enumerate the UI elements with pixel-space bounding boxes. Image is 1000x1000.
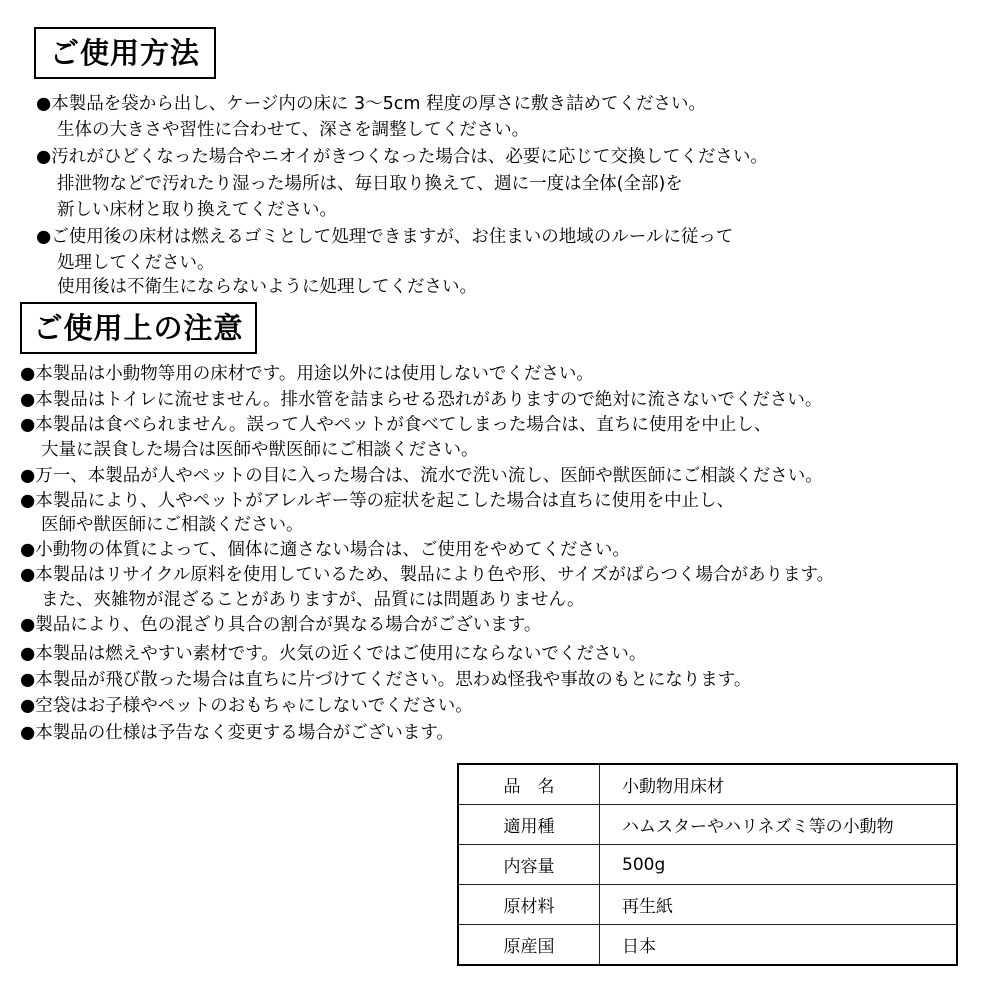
caution-line: ●本製品はトイレに流せません。排水管を詰まらせる恐れがありますので絶対に流さない… [20,389,822,411]
spec-table: 品 名 小動物用床材 適用種 ハムスターやハリネズミ等の小動物 内容量 500g… [457,763,958,966]
caution-heading-text: ご使用上の注意 [33,314,243,343]
spec-row-product-name: 品 名 小動物用床材 [458,764,957,805]
usage-line: ●汚れがひどくなった場合やニオイがきつくなった場合は、必要に応じて交換してくださ… [36,146,768,168]
usage-line: ●本製品を袋から出し、ケージ内の床に 3〜5cm 程度の厚さに敷き詰めてください… [36,93,706,115]
spec-label: 原産国 [458,925,600,966]
caution-heading: ご使用上の注意 [20,302,257,354]
spec-value: 小動物用床材 [600,764,958,805]
spec-label: 内容量 [458,845,600,885]
usage-line: 新しい床材と取り換えてください。 [57,199,337,221]
caution-line: ●万一、本製品が人やペットの目に入った場合は、流水で洗い流し、医師や獣医師にご相… [20,465,823,487]
spec-value: ハムスターやハリネズミ等の小動物 [600,805,958,845]
spec-row-contents: 内容量 500g [458,845,957,885]
caution-line: ●本製品の仕様は予告なく変更する場合がございます。 [20,722,454,744]
caution-line: ●本製品は小動物等用の床材です。用途以外には使用しないでください。 [20,363,594,385]
caution-line: 医師や獣医師にご相談ください。 [41,514,304,536]
spec-label: 原材料 [458,885,600,925]
usage-heading-text: ご使用方法 [50,39,200,68]
spec-value: 500g [600,845,958,885]
spec-row-origin: 原産国 日本 [458,925,957,966]
caution-line: 大量に誤食した場合は医師や獣医師にご相談ください。 [41,439,479,461]
caution-line: ●本製品は燃えやすい素材です。火気の近くではご使用にならないでください。 [20,643,646,665]
usage-heading: ご使用方法 [34,27,216,79]
spec-value: 日本 [600,925,958,966]
spec-row-materials: 原材料 再生紙 [458,885,957,925]
spec-label: 適用種 [458,805,600,845]
caution-line: ●製品により、色の混ざり具合の割合が異なる場合がございます。 [20,614,541,636]
caution-line: また、夾雑物が混ざることがありますが、品質には問題ありません。 [41,589,585,611]
usage-line: ●ご使用後の床材は燃えるゴミとして処理できますが、お住まいの地域のルールに従って [36,226,733,248]
caution-line: ●空袋はお子様やペットのおもちゃにしないでください。 [20,695,473,717]
spec-label: 品 名 [458,764,600,805]
spec-row-applicable-species: 適用種 ハムスターやハリネズミ等の小動物 [458,805,957,845]
usage-line: 処理してください。 [57,252,215,274]
usage-line: 使用後は不衛生にならないように処理してください。 [57,276,477,298]
caution-line: ●本製品が飛び散った場合は直ちに片づけてください。思わぬ怪我や事故のもとになりま… [20,669,751,691]
caution-line: ●本製品はリサイクル原料を使用しているため、製品により色や形、サイズがばらつく場… [20,564,834,586]
caution-line: ●小動物の体質によって、個体に適さない場合は、ご使用をやめてください。 [20,539,630,561]
spec-value: 再生紙 [600,885,958,925]
caution-line: ●本製品により、人やペットがアレルギー等の症状を起こした場合は直ちに使用を中止し… [20,490,734,512]
usage-line: 生体の大きさや習性に合わせて、深さを調整してください。 [57,119,529,141]
caution-line: ●本製品は食べられません。誤って人やペットが食べてしまった場合は、直ちに使用を中… [20,414,771,436]
usage-line: 排泄物などで汚れたり湿った場所は、毎日取り換えて、週に一度は全体(全部)を [57,173,683,195]
